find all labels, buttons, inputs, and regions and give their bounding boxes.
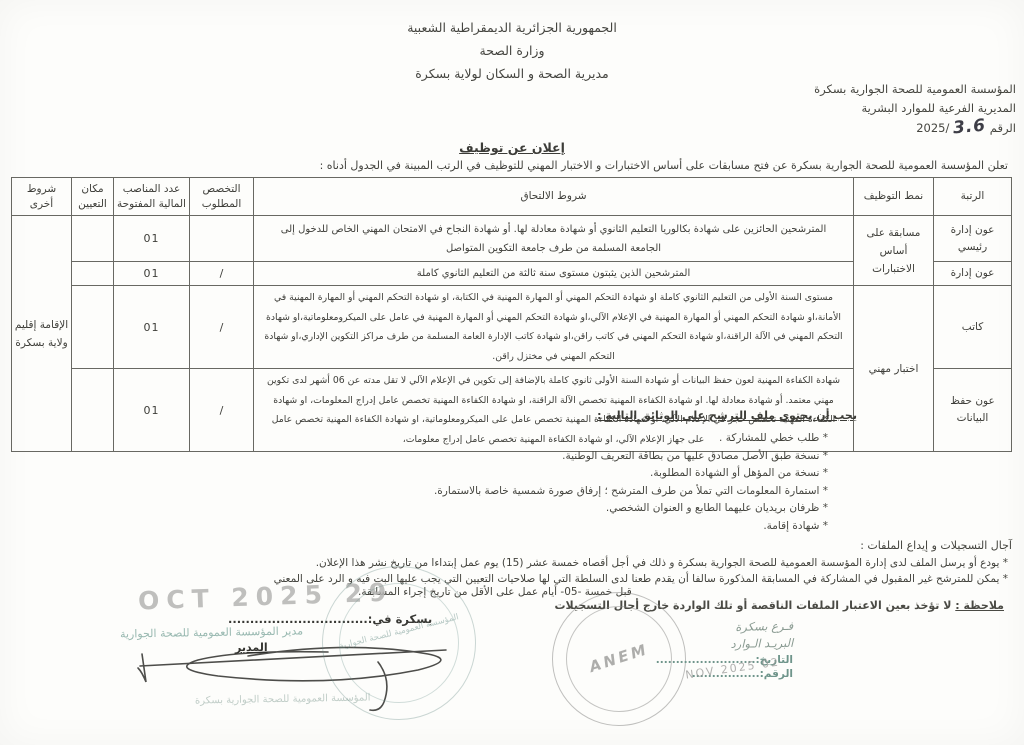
col-header-conditions: شروط الالتحاق [254, 178, 854, 216]
positions-cell: 01 [114, 262, 190, 286]
other-conditions-cell: الإقامة إقليم ولاية بسكرة [12, 216, 72, 452]
specialty-cell: / [190, 286, 254, 369]
location-cell [72, 286, 114, 369]
hr-subdirectorate-line: المديرية الفرعية للموارد البشرية [814, 99, 1016, 118]
page-title: إعلان عن توظيف [0, 140, 1024, 155]
specialty-cell [190, 216, 254, 262]
documents-list: * طلب خطي للمشاركة . * نسخة طبق الأصل مص… [434, 430, 828, 535]
col-header-positions: عدد المناصب المالية المفتوحة [114, 178, 190, 216]
positions-cell: 01 [114, 369, 190, 452]
recruitment-table: الرتبة نمط التوظيف شروط الالتحاق التخصص … [11, 177, 1012, 452]
reference-number-line: الرقم 3.6 /2025 [814, 118, 1016, 138]
ministry-line: وزارة الصحة [0, 39, 1024, 62]
table-row: كاتب اختبار مهني مستوى السنة الأولى من ا… [12, 286, 1012, 369]
list-item: * نسخة من المؤهل أو الشهادة المطلوبة. [434, 465, 828, 483]
col-header-rank: الرتبة [934, 178, 1012, 216]
documents-heading: يجب أن يحتوي ملف الترشح على الوثائق التا… [597, 409, 857, 422]
deadlines-heading: آجال التسجيلات و إيداع الملفات : [860, 539, 1012, 552]
list-item: * ظرفان بريديان عليهما الطابع و العنوان … [434, 500, 828, 518]
ref-label: الرقم [990, 121, 1016, 135]
ref-handwritten-number: 3.6 [952, 117, 987, 139]
list-item: * شهادة إقامة. [434, 518, 828, 536]
rank-cell: عون إدارة رئيسي [934, 216, 1012, 262]
list-item: * استمارة المعلومات التي تملأ من طرف الم… [434, 483, 828, 501]
institution-round-stamp: المؤسسة العمومية للصحة الجوارية [322, 566, 476, 720]
conditions-cell: المترشحين الحائزين على شهادة بكالوريا ال… [254, 216, 854, 262]
specialty-cell: / [190, 262, 254, 286]
col-header-other: شروط أخرى [12, 178, 72, 216]
list-item: * نسخة طبق الأصل مصادق عليها من بطاقة ال… [434, 448, 828, 466]
col-header-mode: نمط التوظيف [854, 178, 934, 216]
table-header-row: الرتبة نمط التوظيف شروط الالتحاق التخصص … [12, 178, 1012, 216]
deadline-bullet-1: * يودع أو يرسل الملف لدى إدارة المؤسسة ا… [13, 557, 1008, 569]
mode-cell-professional-test: اختبار مهني [854, 286, 934, 452]
location-cell [72, 216, 114, 262]
republic-line: الجمهورية الجزائرية الديمقراطية الشعبية [0, 16, 1024, 39]
list-item: * طلب خطي للمشاركة . [434, 430, 828, 448]
rank-cell: عون حفظ البيانات [934, 369, 1012, 452]
institution-line: المؤسسة العمومية للصحة الجوارية بسكرة [814, 80, 1016, 99]
positions-cell: 01 [114, 216, 190, 262]
positions-cell: 01 [114, 286, 190, 369]
location-cell [72, 262, 114, 286]
specialty-cell: / [190, 369, 254, 452]
intro-sentence: تعلن المؤسسة العمومية للصحة الجوارية بسك… [320, 159, 1008, 172]
conditions-cell: المترشحين الذين يثبتون مستوى سنة ثالثة م… [254, 262, 854, 286]
rank-cell: عون إدارة [934, 262, 1012, 286]
incoming-mail-line: البريـد الـوارد [656, 635, 794, 654]
rank-cell: كاتب [934, 286, 1012, 369]
col-header-location: مكان التعيين [72, 178, 114, 216]
table-row: عون إدارة رئيسي مسابقة على أساس الاختبار… [12, 216, 1012, 262]
conditions-cell: مستوى السنة الأولى من التعليم الثانوي كا… [254, 286, 854, 369]
scanned-document-page: الجمهورية الجزائرية الديمقراطية الشعبية … [0, 0, 1024, 745]
ref-year: /2025 [916, 121, 949, 135]
mode-cell-exam-based: مسابقة على أساس الاختبارات [854, 216, 934, 286]
note-label: ملاحظة : [955, 599, 1004, 612]
letterhead-right: المؤسسة العمومية للصحة الجوارية بسكرة ال… [814, 80, 1016, 138]
col-header-specialty: التخصص المطلوب [190, 178, 254, 216]
location-cell [72, 369, 114, 452]
letterhead-center: الجمهورية الجزائرية الديمقراطية الشعبية … [0, 16, 1024, 85]
